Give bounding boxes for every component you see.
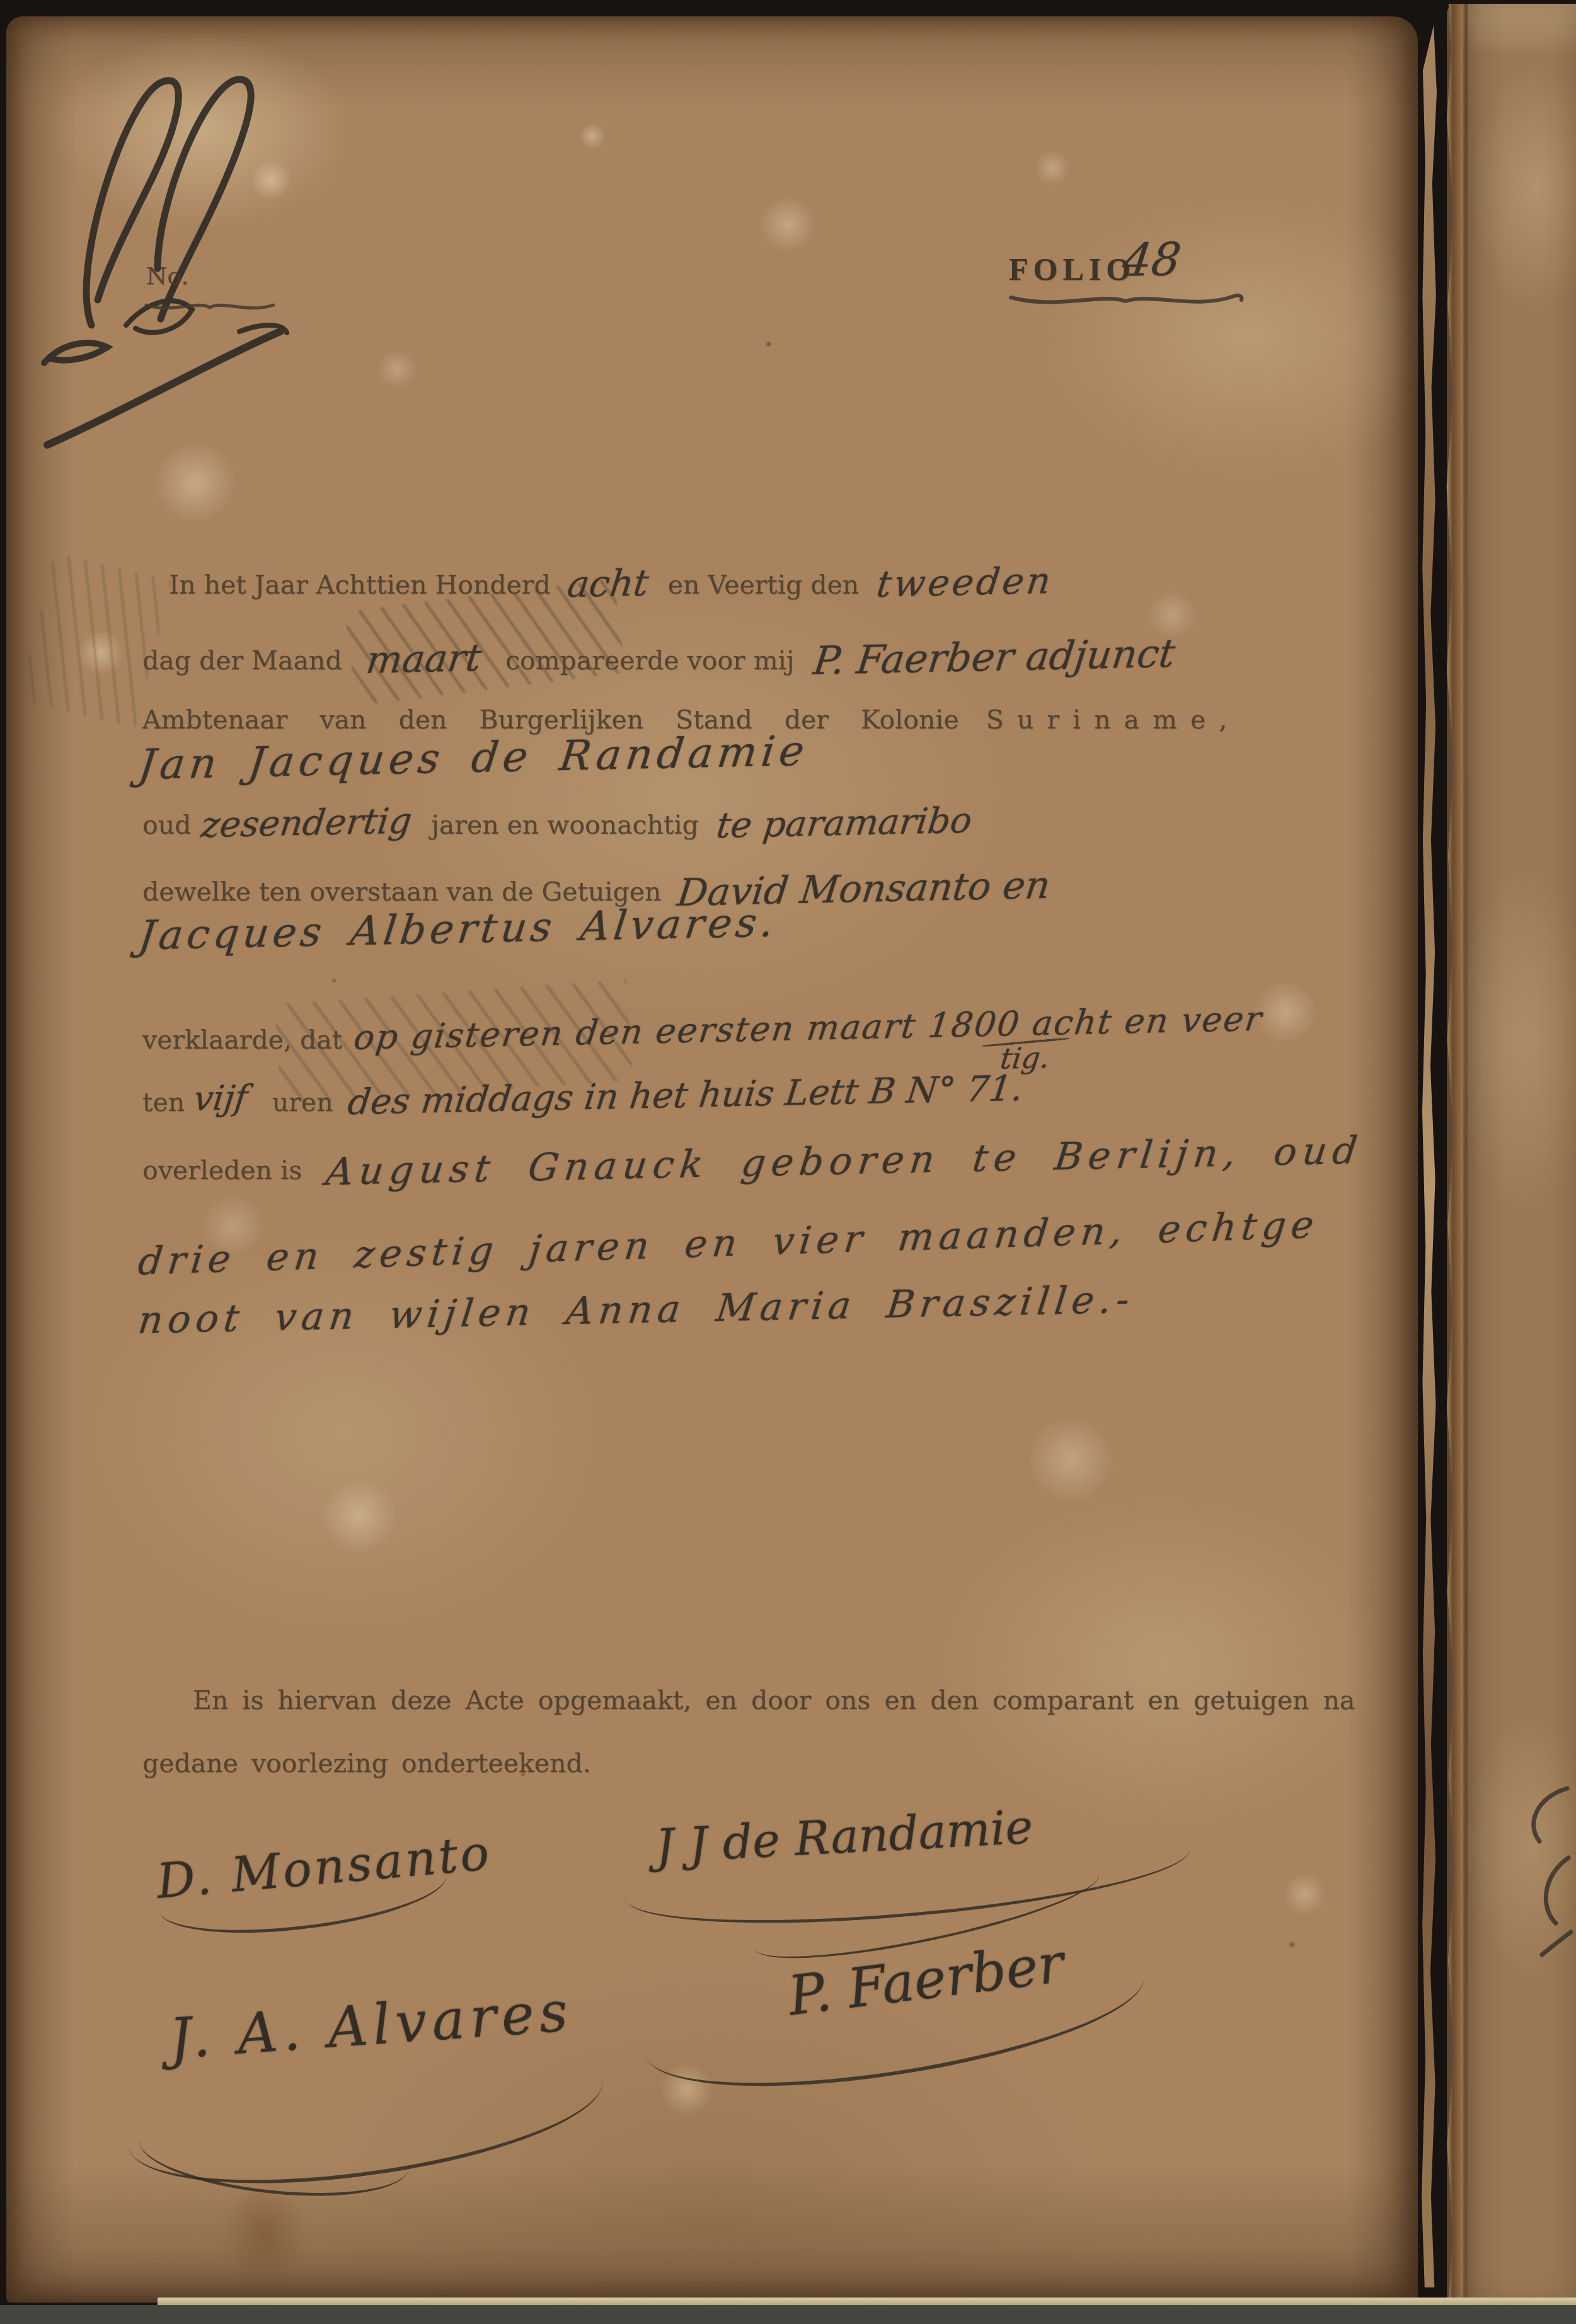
handwritten-entry-residence: te paramaribo	[714, 800, 974, 846]
printed-text: En is hiervan deze Acte opgemaakt, en do…	[193, 1685, 1355, 1715]
printed-text: verklaarde, dat	[142, 1025, 342, 1055]
act-line-12: noot van wijlen Anna Maria Braszille.-	[140, 1288, 1133, 1332]
handwritten-entry-declarant-name: Jan Jacques de Randamie	[136, 727, 812, 789]
act-line-11: drie en zestig jaren en vier maanden, ec…	[140, 1215, 1318, 1272]
signature-flourish	[636, 1919, 1153, 2114]
handwritten-entry-deceased-age: drie en zestig jaren en vier maanden, ec…	[136, 1203, 1321, 1284]
number-label-text: No.	[146, 262, 189, 290]
act-line-9: ten vijf uren des middags in het huis Le…	[142, 1079, 1021, 1120]
left-page: No. FOLIO 48 In het Jaar Achttien Honder…	[6, 16, 1418, 2303]
table-surface	[0, 2305, 1576, 2324]
handwritten-entry-age: zesendertig	[199, 801, 414, 846]
page-crease	[1464, 4, 1468, 2305]
act-line-2: dag der Maand maart compareerde voor mij…	[142, 633, 1174, 679]
act-line-10: overleden is August Gnauck geboren te Be…	[142, 1144, 1362, 1188]
printed-text: compareerde voor mij	[505, 645, 794, 676]
ink-strokes-next-page	[1518, 1783, 1575, 1960]
act-line-8: verklaarde, dat op gisteren den eersten …	[142, 1017, 1262, 1057]
handwritten-entry-deceased-name: August Gnauck geboren te Berlijn, oud	[324, 1129, 1366, 1194]
printed-text: dewelke ten overstaan van de Getuigen	[142, 877, 661, 907]
printed-text: gedane voorlezing onderteekend.	[142, 1748, 591, 1778]
printed-text: jaren en woonachtig	[431, 810, 699, 840]
printed-text: dag der Maand	[142, 645, 342, 676]
handwritten-entry-registrar: P. Faerber adjunct	[810, 630, 1177, 684]
handwritten-entry-day: tweeden	[875, 559, 1055, 606]
handwritten-entry-hour: vijf	[192, 1078, 250, 1119]
next-page-edge	[1447, 4, 1576, 2305]
handwritten-entry-month: maart	[364, 636, 483, 682]
handwritten-entry-place-of-death: des middags in het huis Lett B N° 71.	[345, 1068, 1025, 1123]
torn-paper-edge	[1444, 4, 1463, 2305]
act-line-7: Jacques Albertus Alvares.	[140, 906, 776, 953]
act-line-5: oud zesendertig jaren en woonachtig te p…	[142, 802, 972, 843]
handwritten-entry-spouse: noot van wijlen Anna Maria Braszille.-	[136, 1278, 1137, 1343]
act-line-4: Jan Jacques de Randamie	[140, 733, 807, 782]
folio-label-text: FOLIO	[1009, 251, 1136, 287]
folio-label: FOLIO	[1009, 251, 1136, 287]
printed-text-colony: S u r i n a m e ,	[986, 705, 1230, 735]
folio-swash-icon	[1007, 289, 1246, 314]
paraph-ink-mark	[32, 60, 302, 451]
handwritten-entry-year: acht	[565, 561, 651, 606]
gutter-torn-fragment	[1422, 25, 1437, 2287]
number-label: No.	[146, 262, 189, 290]
printed-text: oud	[142, 810, 191, 840]
folio-number: 48	[1120, 233, 1184, 287]
registry-book-scan: No. FOLIO 48 In het Jaar Achttien Honder…	[0, 0, 1576, 2324]
printed-text: ten	[142, 1087, 185, 1117]
handwritten-entry-death-date: op gisteren den eersten maart 1800 acht …	[352, 999, 1265, 1057]
printed-text: en Veertig den	[668, 570, 859, 600]
closing-line-2: gedane voorlezing onderteekend.	[142, 1748, 591, 1778]
printed-text: In het Jaar Achttien Honderd	[169, 570, 551, 600]
folio-number-text: 48	[1120, 233, 1184, 287]
printed-text: uren	[272, 1087, 333, 1117]
printed-text: overleden is	[142, 1155, 302, 1185]
act-line-1: In het Jaar Achttien Honderd acht en Vee…	[169, 560, 1053, 602]
closing-line-1: En is hiervan deze Acte opgemaakt, en do…	[193, 1685, 1355, 1715]
printed-text: Ambtenaar van den Burgerlijken Stand der…	[142, 705, 959, 735]
no-swash-icon	[144, 297, 276, 316]
handwritten-entry-witness2: Jacques Albertus Alvares.	[136, 899, 779, 959]
